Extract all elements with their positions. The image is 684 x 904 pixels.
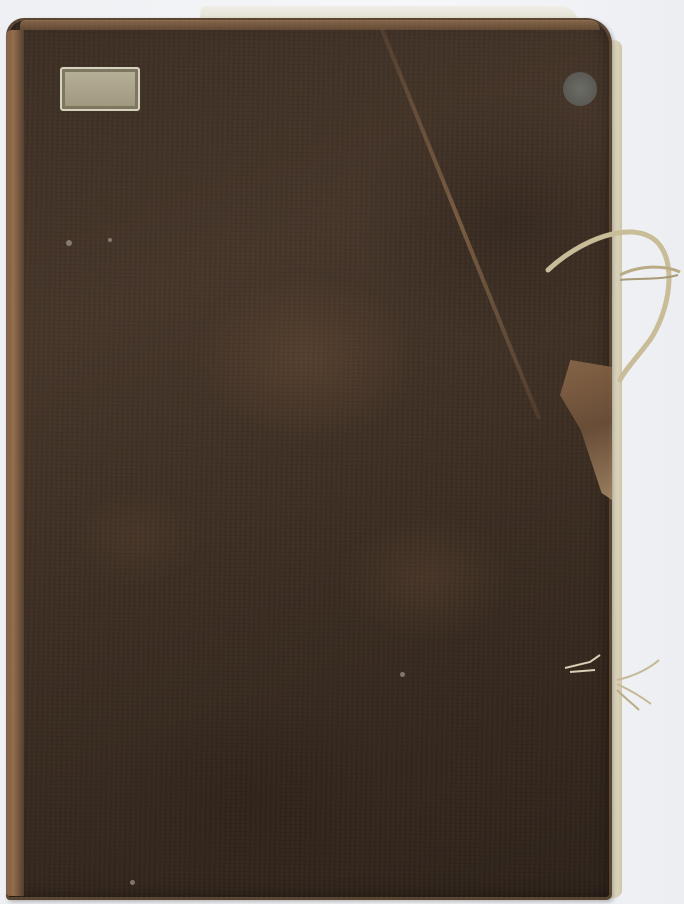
corner-spot bbox=[563, 72, 597, 106]
tie-string-icon bbox=[540, 220, 684, 390]
top-edge-wear bbox=[20, 20, 600, 30]
blemish bbox=[66, 240, 72, 246]
frayed-string-icon bbox=[555, 650, 665, 720]
blemish bbox=[108, 238, 112, 242]
book-cover bbox=[6, 18, 612, 900]
blemish bbox=[400, 672, 405, 677]
blemish bbox=[130, 880, 135, 885]
spine-wear bbox=[6, 30, 24, 896]
label-plate bbox=[60, 67, 140, 111]
